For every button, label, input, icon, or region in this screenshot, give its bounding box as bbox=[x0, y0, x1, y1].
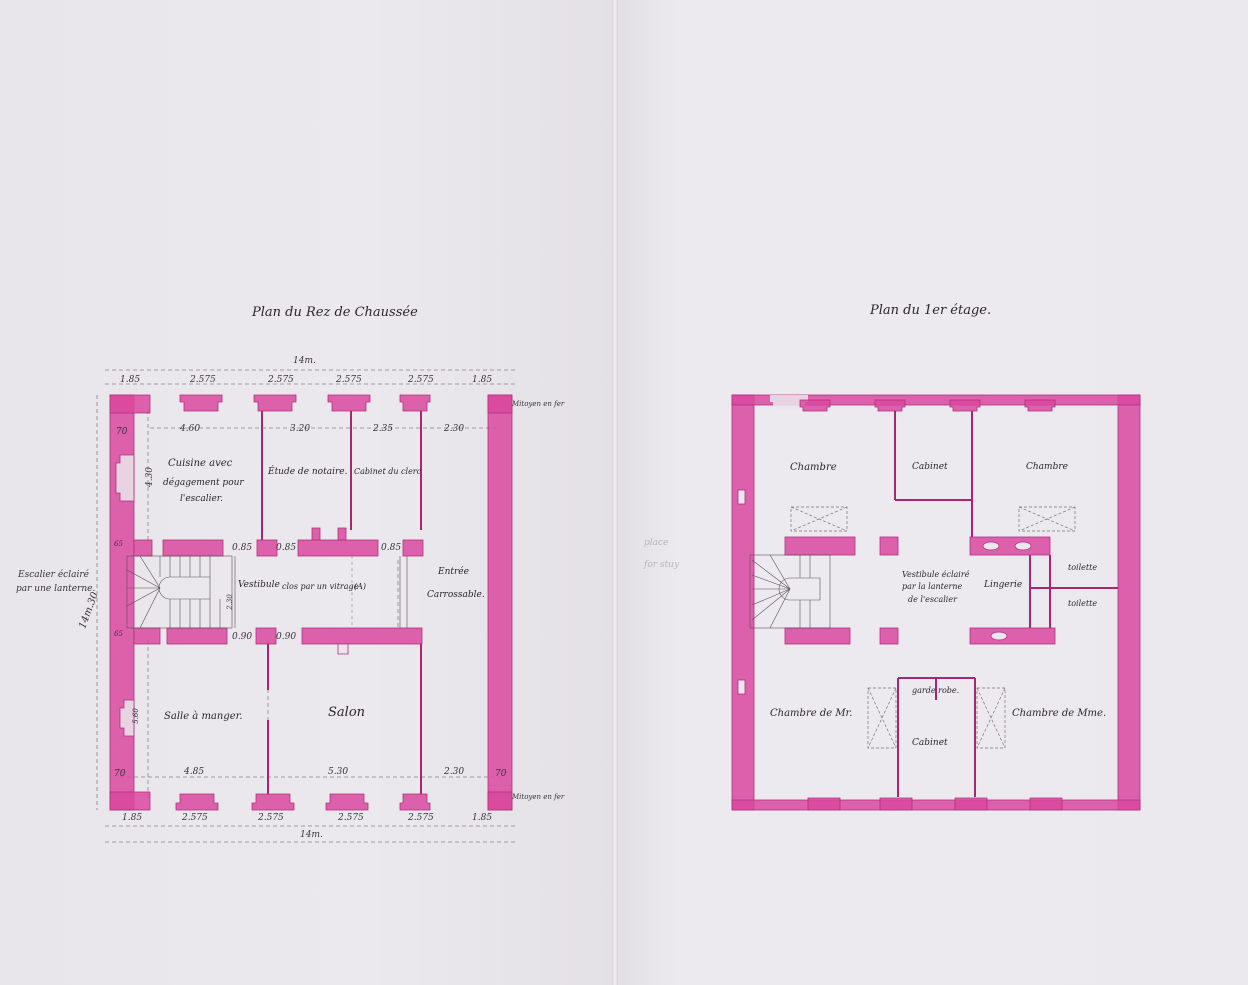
bottom-dim-4: 2.575 bbox=[338, 813, 364, 823]
room-cuisine-line1: Cuisine avec bbox=[168, 458, 232, 469]
bottom-dim-5: 2.575 bbox=[408, 813, 434, 823]
door-width-bottom-1: 0.90 bbox=[232, 632, 252, 642]
note-mitoyen-top: Mitoyen en fer bbox=[512, 400, 564, 408]
room-vestibule-1er-line3: de l'escalier bbox=[908, 595, 957, 604]
wall-thickness-65-top: 65 bbox=[114, 540, 123, 548]
salon-width: 5.30 bbox=[328, 767, 348, 777]
room-cabinet-clerc: Cabinet du clerc bbox=[354, 467, 421, 476]
overall-width-bottom: 14m. bbox=[300, 830, 323, 840]
room-salle-a-manger: Salle à manger. bbox=[164, 711, 243, 722]
right-room-width-top: 2.30 bbox=[444, 424, 464, 434]
bottom-dim-6: 1.85 bbox=[472, 813, 492, 823]
bottom-dim-1: 1.85 bbox=[122, 813, 142, 823]
top-dim-5: 2.575 bbox=[408, 375, 434, 385]
kitchen-width: 4.60 bbox=[180, 424, 200, 434]
stair-note-line2: par une lanterne. bbox=[16, 584, 95, 594]
left-plan-title: Plan du Rez de Chaussée bbox=[252, 305, 418, 320]
bottom-dim-3: 2.575 bbox=[258, 813, 284, 823]
room-garde-robe: garde robe. bbox=[912, 686, 959, 695]
room-salon: Salon bbox=[328, 705, 365, 720]
door-width-2: 0.85 bbox=[276, 543, 296, 553]
stair-height-dim: 2.30 bbox=[226, 594, 234, 610]
wall-thickness-70-br: 70 bbox=[495, 769, 506, 779]
salle-depth: 5.60 bbox=[132, 708, 140, 724]
wall-thickness-70-bl: 70 bbox=[114, 769, 125, 779]
top-dim-1: 1.85 bbox=[120, 375, 140, 385]
etude-width: 3.20 bbox=[290, 424, 310, 434]
room-vestibule-1er-line1: Vestibule éclairé bbox=[902, 570, 969, 579]
right-room-width-bottom: 2.30 bbox=[444, 767, 464, 777]
room-vestibule: Vestibule bbox=[238, 580, 280, 590]
wall-thickness-70-top: 70 bbox=[116, 427, 127, 437]
kitchen-depth: 4.30 bbox=[145, 467, 155, 487]
room-entree-carrossable: Carrossable. bbox=[427, 590, 485, 600]
door-width-bottom-2: 0.90 bbox=[276, 632, 296, 642]
note-mitoyen-bottom: Mitoyen en fer bbox=[512, 793, 564, 801]
top-dim-6: 1.85 bbox=[472, 375, 492, 385]
bottom-dim-2: 2.575 bbox=[182, 813, 208, 823]
door-width-3: 0.85 bbox=[381, 543, 401, 553]
cabinet-width: 2.35 bbox=[373, 424, 393, 434]
right-floor-plan-drawing bbox=[0, 0, 1248, 985]
room-chambre-madame: Chambre de Mme. bbox=[1012, 708, 1106, 719]
room-lingerie: Lingerie bbox=[984, 580, 1022, 590]
faint-note-line2: for stuy bbox=[644, 560, 679, 570]
top-dim-3: 2.575 bbox=[268, 375, 294, 385]
room-etude-notaire: Étude de notaire. bbox=[268, 467, 347, 477]
room-chambre-left: Chambre bbox=[790, 462, 837, 473]
top-dim-4: 2.575 bbox=[336, 375, 362, 385]
room-cabinet-top: Cabinet bbox=[912, 462, 948, 472]
room-cuisine-line3: l'escalier. bbox=[180, 494, 223, 504]
room-chambre-right: Chambre bbox=[1026, 462, 1068, 472]
faint-note-line1: place bbox=[644, 538, 668, 548]
room-toilette-1: toilette bbox=[1068, 563, 1097, 572]
top-dim-2: 2.575 bbox=[190, 375, 216, 385]
door-width-1: 0.85 bbox=[232, 543, 252, 553]
room-cuisine-line2: dégagement pour bbox=[163, 478, 244, 488]
right-plan-title: Plan du 1er étage. bbox=[870, 303, 991, 318]
overall-width-top: 14m. bbox=[293, 356, 316, 366]
room-chambre-monsieur: Chambre de Mr. bbox=[770, 708, 852, 719]
vestibule-marker-a: (A) bbox=[354, 582, 366, 591]
room-cabinet-bottom: Cabinet bbox=[912, 738, 948, 748]
stair-note-line1: Escalier éclairé bbox=[18, 570, 89, 580]
room-toilette-2: toilette bbox=[1068, 599, 1097, 608]
wall-thickness-65-bottom: 65 bbox=[114, 630, 123, 638]
vestibule-note: clos par un vitrage bbox=[282, 582, 358, 591]
room-vestibule-1er-line2: par la lanterne bbox=[902, 582, 962, 591]
room-entree: Entrée bbox=[438, 567, 469, 577]
salle-width: 4.85 bbox=[184, 767, 204, 777]
